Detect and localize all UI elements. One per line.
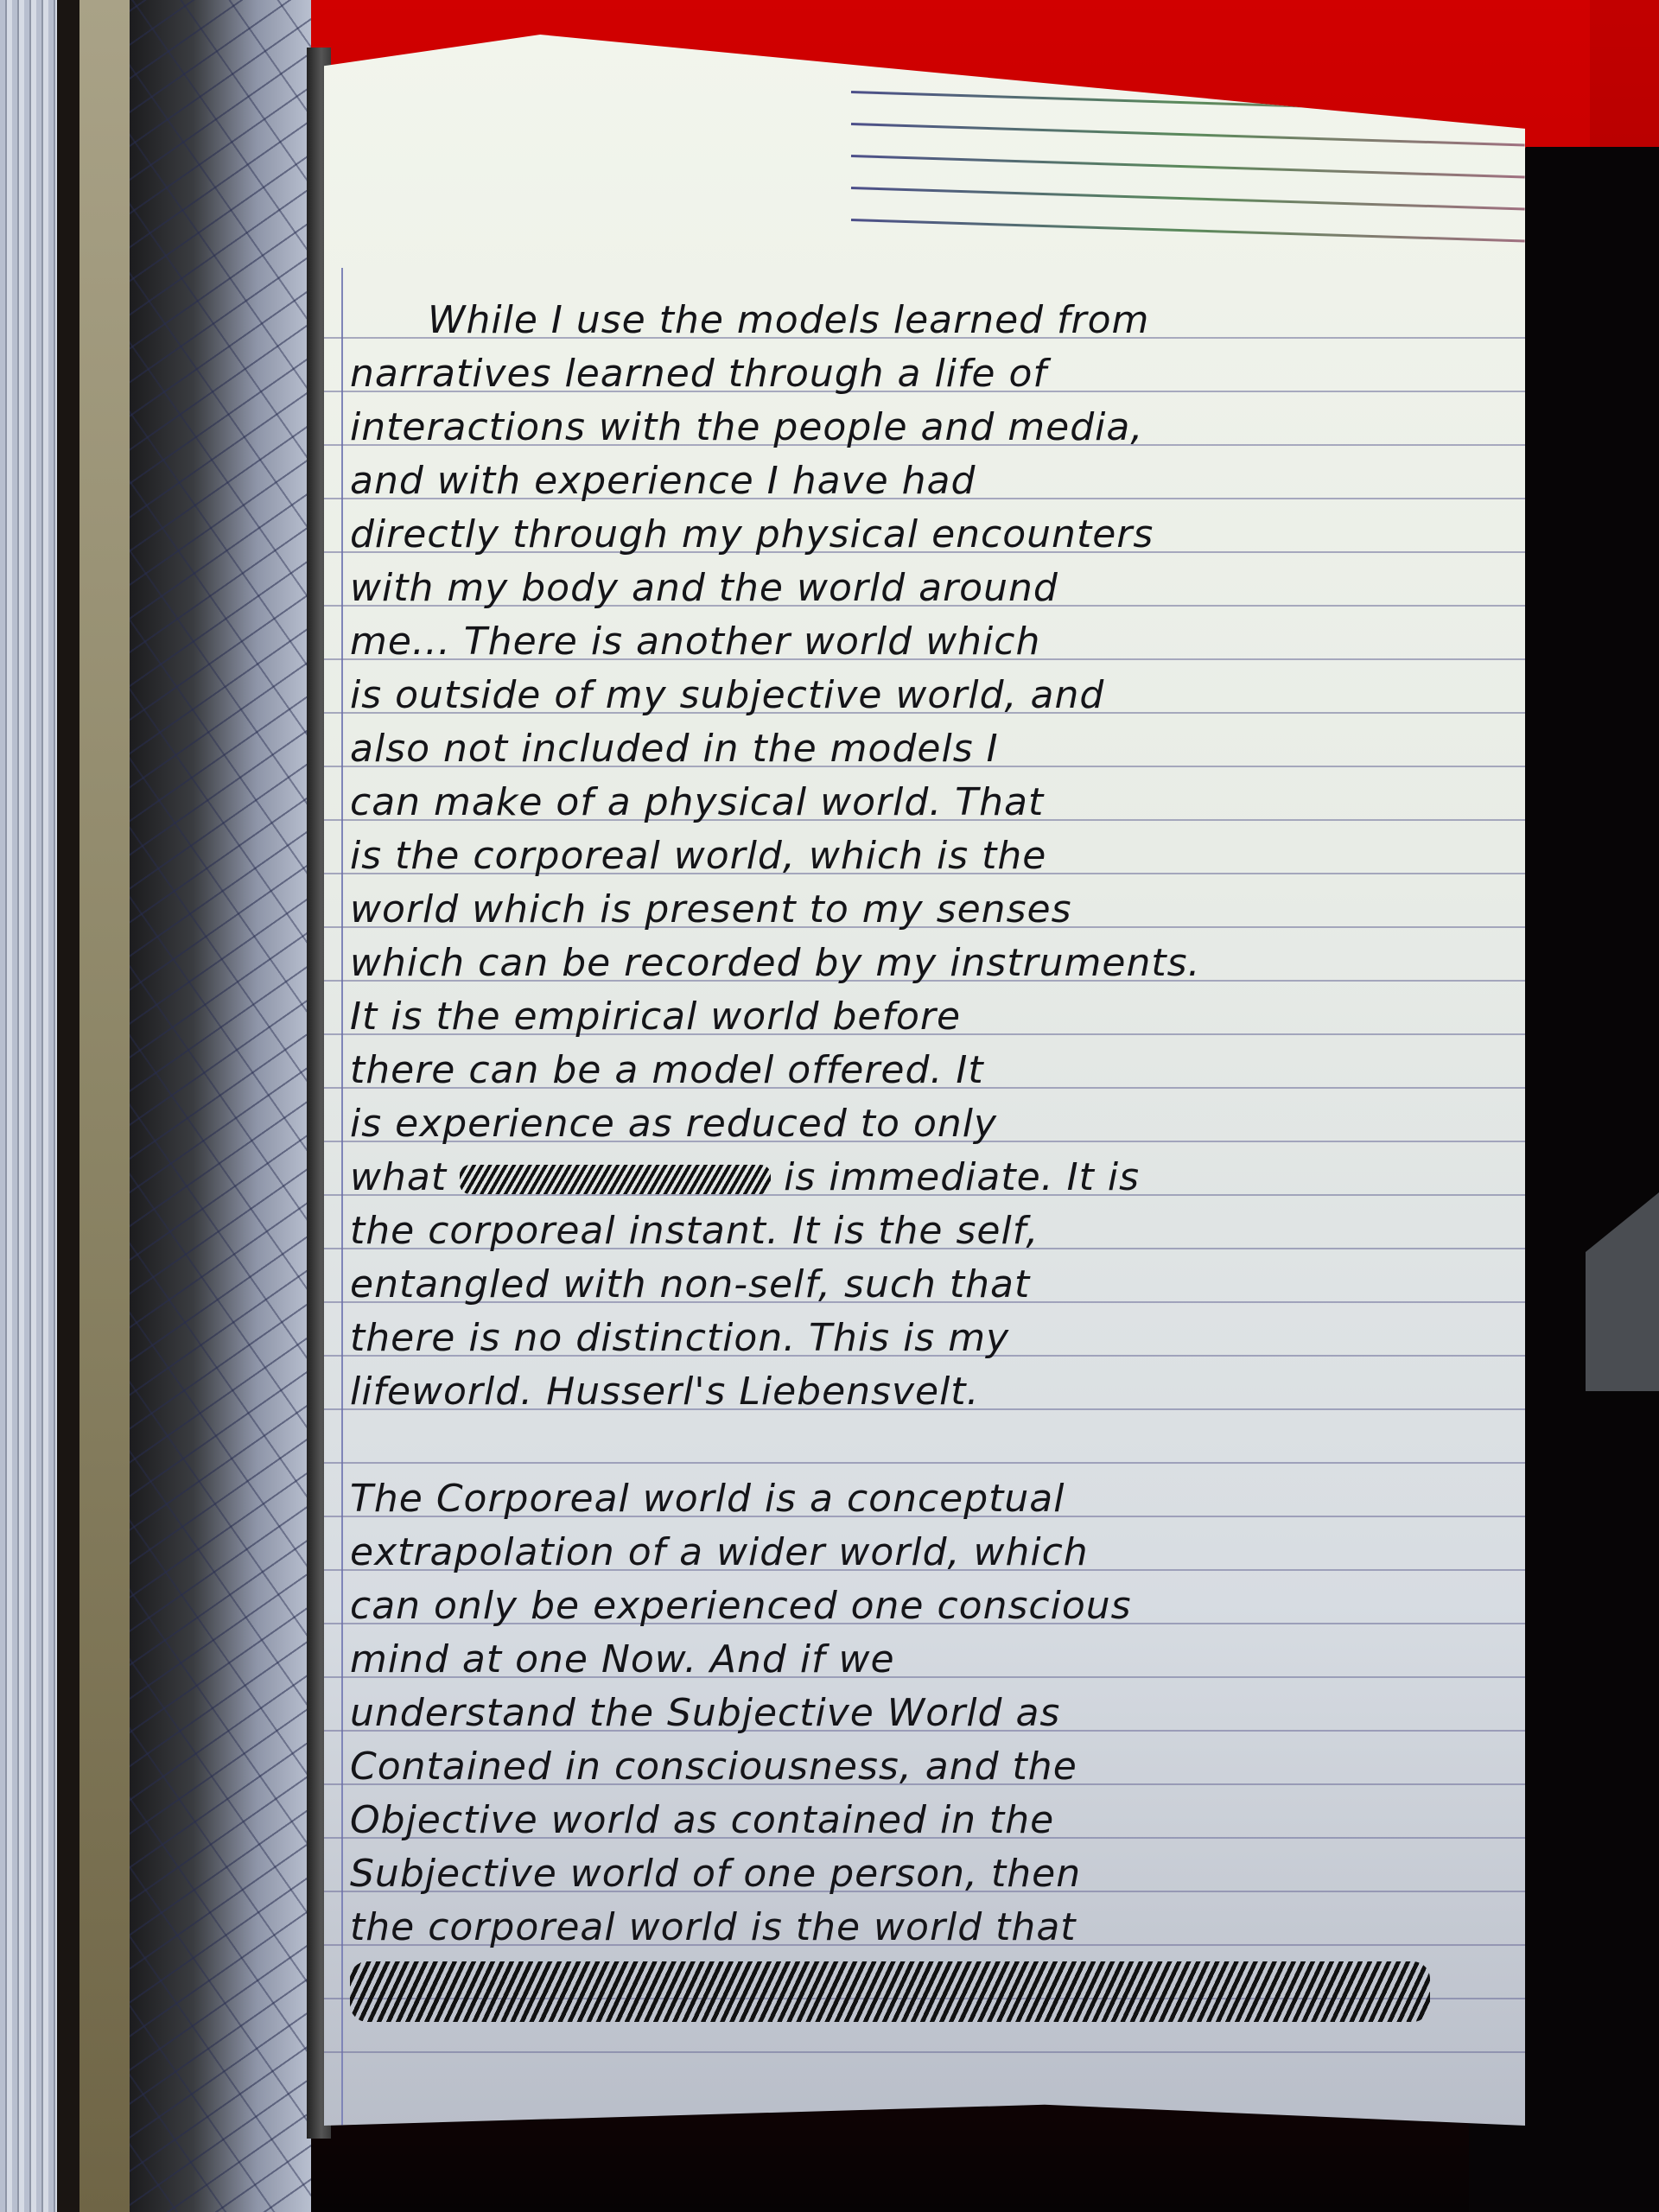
- text-line: Subjective world of one person, then: [350, 1847, 1508, 1901]
- text-line: lifeworld. Husserl's Liebensvelt.: [350, 1365, 1508, 1419]
- scribbled-out-word: [460, 1165, 771, 1194]
- header-line: [851, 155, 1525, 178]
- text-line: Contained in consciousness, and the: [350, 1740, 1508, 1794]
- handwritten-text: While I use the models learned from narr…: [350, 294, 1508, 2008]
- text-line: also not included in the models I: [350, 722, 1508, 776]
- text-line: Objective world as contained in the: [350, 1794, 1508, 1847]
- left-polar-grid-page: [130, 0, 311, 2212]
- scribble-mark: [350, 1961, 1430, 2022]
- text-line: interactions with the people and media,: [350, 401, 1508, 454]
- text-line: understand the Subjective World as: [350, 1687, 1508, 1740]
- header-line: [851, 123, 1525, 146]
- kraft-divider-page: [79, 0, 130, 2212]
- scribbled-out-line: [350, 1955, 1508, 2008]
- text-line: is the corporeal world, which is the: [350, 829, 1508, 883]
- text-fragment: what: [350, 1155, 447, 1199]
- text-line: mind at one Now. And if we: [350, 1633, 1508, 1687]
- text-line: entangled with non-self, such that: [350, 1258, 1508, 1312]
- text-line: is outside of my subjective world, and: [350, 669, 1508, 722]
- header-line: [851, 187, 1525, 210]
- text-fragment: is immediate. It is: [784, 1155, 1140, 1199]
- text-line: While I use the models learned from: [350, 294, 1508, 347]
- text-line: the corporeal instant. It is the self,: [350, 1205, 1508, 1258]
- text-line: and with experience I have had: [350, 454, 1508, 508]
- text-line: there is no distinction. This is my: [350, 1312, 1508, 1365]
- text-line: directly through my physical encounters: [350, 508, 1508, 562]
- text-line-with-redaction: what is immediate. It is: [350, 1151, 1508, 1205]
- paragraph-gap: [350, 1419, 1508, 1472]
- text-line: there can be a model offered. It: [350, 1044, 1508, 1097]
- handwritten-page: While I use the models learned from narr…: [324, 35, 1525, 2126]
- left-binding-strip: [57, 0, 81, 2212]
- text-line: The Corporeal world is a conceptual: [350, 1472, 1508, 1526]
- left-page-stack-edges: [0, 0, 60, 2212]
- text-line: It is the empirical world before: [350, 990, 1508, 1044]
- text-line: which can be recorded by my instruments.: [350, 937, 1508, 990]
- text-line: the corporeal world is the world that: [350, 1901, 1508, 1955]
- text-line: extrapolation of a wider world, which: [350, 1526, 1508, 1580]
- text-line: can make of a physical world. That: [350, 776, 1508, 829]
- text-line: is experience as reduced to only: [350, 1097, 1508, 1151]
- text-line: can only be experienced one conscious: [350, 1580, 1508, 1633]
- text-line: narratives learned through a life of: [350, 347, 1508, 401]
- text-line: with my body and the world around: [350, 562, 1508, 615]
- text-line: me... There is another world which: [350, 615, 1508, 669]
- header-line: [851, 219, 1525, 242]
- text-line: world which is present to my senses: [350, 883, 1508, 937]
